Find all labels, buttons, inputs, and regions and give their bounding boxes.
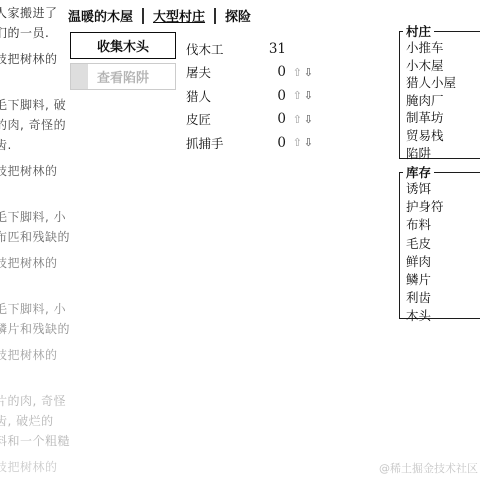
village-item: 猎人小屋 bbox=[406, 74, 480, 92]
log-line: 片的肉, 奇怪 bbox=[0, 391, 71, 411]
game-screen: 人家搬进了们的一员.枝把树林的.毛下脚料, 破的肉, 奇怪的齿.枝把树林的.毛下… bbox=[0, 0, 480, 480]
tab-divider bbox=[142, 8, 144, 24]
decrease-worker-button[interactable]: ⇩ bbox=[304, 90, 313, 101]
worker-count: 0 bbox=[277, 111, 286, 127]
log-line: 枝把树林的 bbox=[0, 345, 71, 365]
inventory-item: 鲜肉 bbox=[406, 253, 480, 271]
decrease-worker-button[interactable]: ⇩ bbox=[304, 114, 313, 125]
check-traps-button[interactable]: 查看陷阱 bbox=[70, 63, 176, 90]
worker-arrows: ⇧⇩ bbox=[286, 137, 313, 148]
worker-name: 皮匠 bbox=[186, 110, 211, 128]
increase-worker-button[interactable]: ⇧ bbox=[293, 114, 302, 125]
cooldown-bar bbox=[71, 64, 88, 89]
log-column: 人家搬进了们的一员.枝把树林的.毛下脚料, 破的肉, 奇怪的齿.枝把树林的.毛下… bbox=[0, 3, 71, 480]
watermark: @稀土掘金技术社区 bbox=[379, 460, 478, 476]
worker-row-hunter: 猎人0⇧⇩ bbox=[186, 84, 313, 108]
inventory-item: 诱饵 bbox=[406, 180, 480, 198]
worker-count: 0 bbox=[277, 64, 286, 80]
collect-wood-label: 收集木头 bbox=[97, 36, 149, 55]
increase-worker-button[interactable]: ⇧ bbox=[293, 90, 302, 101]
village-item: 贸易栈 bbox=[406, 127, 480, 145]
decrease-worker-button[interactable]: ⇩ bbox=[304, 137, 313, 148]
tab-divider bbox=[214, 8, 216, 24]
inventory-item: 毛皮 bbox=[406, 235, 480, 253]
log-message-7: 毛下脚料, 小鳞片和残缺的 bbox=[0, 299, 71, 339]
log-line: . bbox=[0, 273, 71, 293]
log-message-6: 枝把树林的. bbox=[0, 253, 71, 293]
log-line: 齿, 破烂的 bbox=[0, 411, 71, 431]
log-line: 齿. bbox=[0, 135, 71, 155]
inventory-item: 利齿 bbox=[406, 289, 480, 307]
inventory-item: 鳞片 bbox=[406, 271, 480, 289]
log-line: 们的一员. bbox=[0, 23, 71, 43]
worker-count: 0 bbox=[277, 135, 286, 151]
worker-name: 屠夫 bbox=[186, 63, 211, 81]
village-item: 小木屋 bbox=[406, 57, 480, 75]
inventory-item: 布料 bbox=[406, 216, 480, 234]
log-message-2: 枝把树林的. bbox=[0, 49, 71, 89]
log-line: . bbox=[0, 69, 71, 89]
decrease-worker-button[interactable]: ⇩ bbox=[304, 67, 313, 78]
log-line: 毛下脚料, 小 bbox=[0, 207, 71, 227]
worker-row-lumberjack: 伐木工31 bbox=[186, 37, 313, 61]
worker-row-trapper: 抓捕手0⇧⇩ bbox=[186, 131, 313, 155]
log-line: 枝把树林的 bbox=[0, 49, 71, 69]
tab-warm-hut: 温暖的木屋 bbox=[68, 6, 133, 25]
worker-row-tanner: 皮匠0⇧⇩ bbox=[186, 108, 313, 132]
log-message-8: 枝把树林的. bbox=[0, 345, 71, 385]
worker-name: 猎人 bbox=[186, 87, 211, 105]
tab-explore: 探险 bbox=[225, 6, 251, 25]
log-message-1: 人家搬进了们的一员. bbox=[0, 3, 71, 43]
village-item: 小推车 bbox=[406, 39, 480, 57]
increase-worker-button[interactable]: ⇧ bbox=[293, 137, 302, 148]
worker-name: 伐木工 bbox=[186, 40, 224, 58]
log-message-9: 片的肉, 奇怪齿, 破烂的料和一个粗糙 bbox=[0, 391, 71, 451]
log-message-4: 枝把树林的. bbox=[0, 161, 71, 201]
village-item: 制革坊 bbox=[406, 109, 480, 127]
inventory-item: 木头 bbox=[406, 307, 480, 325]
inventory-box: 库存 诱饵护身符布料毛皮鲜肉鳞片利齿木头 bbox=[399, 172, 480, 319]
collect-wood-button[interactable]: 收集木头 bbox=[70, 32, 176, 59]
log-line: 料和一个粗糙 bbox=[0, 431, 71, 451]
log-message-10: 枝把树林的 bbox=[0, 457, 71, 477]
worker-name: 抓捕手 bbox=[186, 134, 224, 152]
tab-large-village[interactable]: 大型村庄 bbox=[153, 6, 205, 25]
inventory-item: 护身符 bbox=[406, 198, 480, 216]
log-message-3: 毛下脚料, 破的肉, 奇怪的齿. bbox=[0, 95, 71, 155]
village-items: 小推车小木屋猎人小屋腌肉厂制革坊贸易栈陷阱 bbox=[400, 32, 480, 162]
village-item: 腌肉厂 bbox=[406, 92, 480, 110]
log-line: 毛下脚料, 破 bbox=[0, 95, 71, 115]
worker-arrows: ⇧⇩ bbox=[286, 67, 313, 78]
increase-worker-button[interactable]: ⇧ bbox=[293, 67, 302, 78]
worker-arrows: ⇧⇩ bbox=[286, 114, 313, 125]
log-line: 人家搬进了 bbox=[0, 3, 71, 23]
log-line: 毛下脚料, 小 bbox=[0, 299, 71, 319]
village-box-title: 村庄 bbox=[403, 23, 434, 40]
log-line: 枝把树林的 bbox=[0, 161, 71, 181]
log-line: . bbox=[0, 181, 71, 201]
log-line: 鳞片和残缺的 bbox=[0, 319, 71, 339]
log-line: 枝把树林的 bbox=[0, 457, 71, 477]
log-line: 的肉, 奇怪的 bbox=[0, 115, 71, 135]
inventory-items: 诱饵护身符布料毛皮鲜肉鳞片利齿木头 bbox=[400, 173, 480, 326]
log-line: 枝把树林的 bbox=[0, 253, 71, 273]
log-line: . bbox=[0, 365, 71, 385]
worker-arrows: ⇧⇩ bbox=[286, 90, 313, 101]
worker-count: 0 bbox=[277, 88, 286, 104]
location-tabs: 温暖的木屋大型村庄探险 bbox=[68, 6, 251, 25]
check-traps-label: 查看陷阱 bbox=[97, 67, 149, 86]
village-box: 村庄 小推车小木屋猎人小屋腌肉厂制革坊贸易栈陷阱 bbox=[399, 31, 480, 159]
worker-count: 31 bbox=[269, 41, 286, 57]
village-item: 陷阱 bbox=[406, 145, 480, 163]
log-message-5: 毛下脚料, 小布匹和残缺的 bbox=[0, 207, 71, 247]
log-line: 布匹和残缺的 bbox=[0, 227, 71, 247]
inventory-box-title: 库存 bbox=[403, 164, 434, 181]
workers-list: 伐木工31屠夫0⇧⇩猎人0⇧⇩皮匠0⇧⇩抓捕手0⇧⇩ bbox=[186, 37, 313, 155]
worker-row-butcher: 屠夫0⇧⇩ bbox=[186, 61, 313, 85]
